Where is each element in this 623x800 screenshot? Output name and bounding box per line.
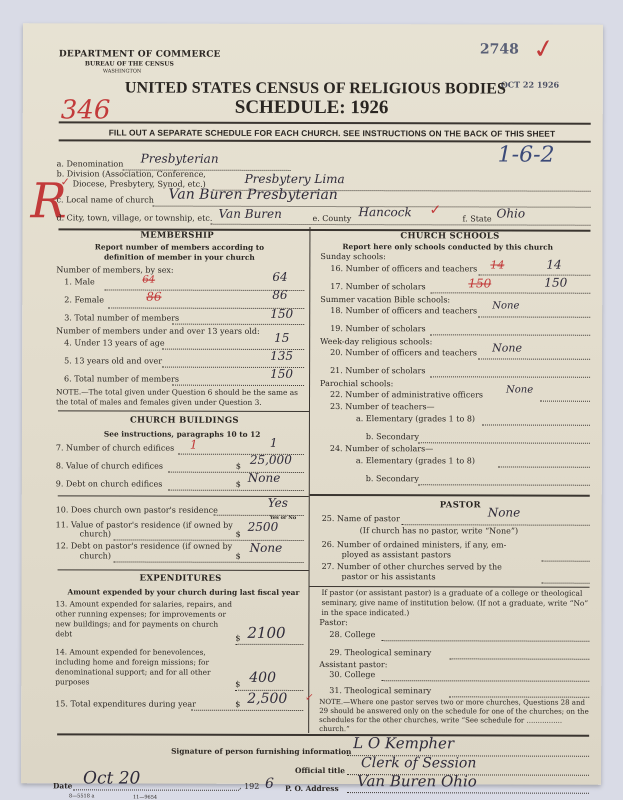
dotted-line bbox=[168, 472, 304, 473]
q26-value-line[interactable] bbox=[542, 561, 590, 562]
q26-label: 26. Number of ordained ministers, if any… bbox=[322, 540, 507, 549]
members-by-age-label: Number of members under and over 13 year… bbox=[56, 326, 260, 336]
q20-value[interactable]: None bbox=[492, 341, 522, 354]
divider bbox=[58, 569, 309, 571]
q30-value-line[interactable] bbox=[381, 680, 589, 682]
dollar-sign: $ bbox=[235, 634, 240, 643]
denomination-label: a. Denomination bbox=[57, 159, 124, 168]
membership-subtitle: Report number of members according to de… bbox=[74, 242, 284, 263]
official-title-label: Official title bbox=[295, 766, 345, 775]
po-address-value[interactable]: Van Buren Ohio bbox=[357, 772, 477, 790]
q16-label: 16. Number of officers and teachers bbox=[330, 264, 477, 273]
dotted-line bbox=[210, 224, 590, 226]
expenditures-subtitle: Amount expended by your church during la… bbox=[67, 587, 299, 597]
census-form-sheet: DEPARTMENT OF COMMERCE BUREAU OF THE CEN… bbox=[21, 23, 603, 785]
city-town-value[interactable]: Van Buren bbox=[218, 207, 281, 221]
q29-label: 29. Theological seminary bbox=[329, 648, 431, 657]
struck-female-value: 86 bbox=[146, 290, 161, 304]
q28-label: 28. College bbox=[329, 630, 375, 639]
q10-label: 10. Does church own pastor's residence bbox=[56, 505, 218, 514]
q27-value-line[interactable] bbox=[542, 583, 590, 584]
over-13-label: 5. 13 years old and over bbox=[64, 356, 162, 365]
divider bbox=[59, 121, 591, 124]
local-name-label: c. Local name of church bbox=[57, 195, 154, 204]
dollar-sign: $ bbox=[236, 480, 241, 489]
divider bbox=[57, 733, 589, 736]
over-13-value[interactable]: 135 bbox=[270, 349, 293, 363]
divider bbox=[58, 410, 309, 412]
q9-value[interactable]: None bbox=[248, 471, 281, 485]
official-title-value[interactable]: Clerk of Session bbox=[361, 755, 476, 771]
column-divider bbox=[308, 227, 310, 733]
dotted-line bbox=[478, 316, 590, 317]
total-members-value[interactable]: 150 bbox=[270, 307, 293, 321]
city-town-label: d. City, town, village, or township, etc… bbox=[56, 213, 212, 222]
year-digit[interactable]: 6 bbox=[265, 776, 274, 792]
local-name-value[interactable]: Van Buren Presbyterian bbox=[169, 187, 338, 203]
church-buildings-subtitle: See instructions, paragraphs 10 to 12 bbox=[104, 429, 261, 438]
date-value[interactable]: Oct 20 bbox=[83, 768, 140, 788]
male-value[interactable]: 64 bbox=[272, 270, 287, 284]
q17-value[interactable]: 150 bbox=[544, 276, 567, 290]
state-label: f. State bbox=[462, 214, 491, 223]
year-prefix: , 192 bbox=[239, 782, 259, 791]
q17-label: 17. Number of scholars bbox=[330, 282, 425, 291]
male-label: 1. Male bbox=[64, 277, 94, 286]
form-title: UNITED STATES CENSUS OF RELIGIOUS BODIES bbox=[125, 80, 506, 99]
q21-label: 21. Number of scholars bbox=[330, 366, 425, 375]
dollar-sign: $ bbox=[236, 462, 241, 471]
q31-label: 31. Theological seminary bbox=[329, 686, 431, 695]
q24b-label: b. Secondary bbox=[366, 474, 419, 483]
q22-value[interactable]: None bbox=[506, 385, 533, 396]
membership-note: NOTE.—The total given under Question 6 s… bbox=[56, 387, 306, 408]
handwritten-code: 1-6-2 bbox=[498, 142, 555, 167]
dotted-line bbox=[168, 490, 304, 491]
pastor-note: NOTE.—Where one pastor serves two or mor… bbox=[319, 698, 589, 735]
dotted-line bbox=[347, 792, 589, 794]
dotted-line bbox=[114, 561, 304, 562]
q23a-label: a. Elementary (grades 1 to 8) bbox=[356, 414, 475, 423]
signature-label: Signature of person furnishing informati… bbox=[171, 747, 351, 756]
denomination-value[interactable]: Presbyterian bbox=[141, 152, 219, 166]
q10-value[interactable]: Yes bbox=[268, 496, 288, 510]
po-address-label: P. O. Address bbox=[285, 784, 339, 793]
dotted-line bbox=[214, 515, 304, 516]
pastor-heading: PASTOR bbox=[440, 500, 481, 510]
dotted-line bbox=[73, 789, 239, 790]
q7-value[interactable]: 1 bbox=[270, 436, 278, 450]
received-date-stamp: OCT 22 1926 bbox=[501, 79, 559, 89]
female-value[interactable]: 86 bbox=[272, 288, 287, 302]
q26-label-2: ployed as assistant pastors bbox=[342, 550, 451, 559]
department-label: DEPARTMENT OF COMMERCE bbox=[59, 49, 221, 59]
q24a-value-line[interactable] bbox=[498, 466, 590, 467]
q30-label: 30. College bbox=[329, 670, 375, 679]
q18-value[interactable]: None bbox=[492, 300, 519, 311]
red-check-icon: ✓ bbox=[61, 175, 70, 188]
dotted-line bbox=[172, 324, 304, 325]
bureau-label: BUREAU OF THE CENSUS bbox=[85, 60, 174, 67]
date-label: Date bbox=[53, 781, 72, 790]
signature-value[interactable]: L O Kempher bbox=[353, 734, 454, 752]
county-label: e. County bbox=[312, 214, 351, 223]
q11-value[interactable]: 2500 bbox=[248, 520, 279, 534]
red-arrow-icon: ↙ bbox=[305, 692, 313, 703]
q13-label: 13. Amount expended for salaries, repair… bbox=[55, 599, 233, 639]
under-13-value[interactable]: 15 bbox=[274, 331, 289, 345]
q23b-label: b. Secondary bbox=[366, 432, 419, 441]
total-members-age-label: 6. Total number of members bbox=[64, 374, 179, 383]
q12-label: 12. Debt on pastor's residence (if owned… bbox=[56, 541, 233, 550]
summer-schools-label: Summer vacation Bible schools: bbox=[320, 295, 450, 304]
total-members-label: 3. Total number of members bbox=[64, 313, 179, 322]
city-label: WASHINGTON bbox=[103, 68, 141, 74]
dotted-line bbox=[478, 358, 590, 359]
q11-label: 11. Value of pastor's residence (if owne… bbox=[56, 520, 233, 529]
expenditures-heading: EXPENDITURES bbox=[140, 574, 222, 584]
q28-value-line[interactable] bbox=[381, 640, 589, 642]
membership-heading: MEMBERSHIP bbox=[140, 231, 214, 241]
dotted-line bbox=[191, 710, 303, 711]
assistant-pastor-label: Assistant pastor: bbox=[319, 660, 387, 669]
q25-label: 25. Name of pastor bbox=[322, 514, 400, 523]
q21-value-line[interactable] bbox=[430, 376, 590, 377]
dollar-sign: $ bbox=[235, 700, 240, 709]
q13-value[interactable]: 2100 bbox=[247, 624, 285, 642]
q12-label-2: church) bbox=[80, 551, 111, 560]
red-checkmark-icon: ✓ bbox=[531, 33, 558, 66]
q7-label: 7. Number of church edifices bbox=[56, 443, 174, 452]
dollar-sign: $ bbox=[236, 552, 241, 561]
division-label: b. Division (Association, Conference, bbox=[57, 169, 206, 178]
q14-value[interactable]: 400 bbox=[249, 670, 276, 686]
dotted-line bbox=[478, 274, 590, 275]
q19-label: 19. Number of scholars bbox=[330, 324, 425, 333]
weekday-schools-label: Week-day religious schools: bbox=[320, 337, 432, 346]
county-value[interactable]: Hancock bbox=[358, 205, 411, 219]
q22-label: 22. Number of administrative officers bbox=[330, 390, 483, 399]
q8-value[interactable]: 25,000 bbox=[250, 453, 292, 467]
dollar-sign: $ bbox=[235, 680, 240, 689]
q16-value[interactable]: 14 bbox=[546, 258, 561, 272]
sunday-schools-label: Sunday schools: bbox=[320, 252, 385, 261]
female-label: 2. Female bbox=[64, 295, 104, 304]
church-schools-heading: CHURCH SCHOOLS bbox=[400, 231, 499, 241]
struck-male-value: 64 bbox=[142, 275, 155, 286]
struck-q17-value: 150 bbox=[468, 276, 491, 290]
print-code: 11—9654 bbox=[133, 795, 157, 800]
dollar-sign: $ bbox=[236, 530, 241, 539]
instruction-banner: FILL OUT A SEPARATE SCHEDULE FOR EACH CH… bbox=[109, 127, 556, 138]
graduate-note: If pastor (or assistant pastor) is a gra… bbox=[321, 588, 589, 619]
q20-label: 20. Number of officers and teachers bbox=[330, 348, 477, 357]
pastor-label: Pastor: bbox=[319, 618, 347, 627]
parochial-schools-label: Parochial schools: bbox=[320, 379, 393, 388]
dotted-line bbox=[172, 385, 304, 386]
q24b-value-line[interactable] bbox=[418, 484, 590, 485]
schedule-title: SCHEDULE: 1926 bbox=[235, 97, 389, 119]
total-members-age-value[interactable]: 150 bbox=[270, 367, 293, 381]
church-schools-subtitle: Report here only schools conducted by th… bbox=[342, 242, 553, 252]
struck-q16-value: 14 bbox=[490, 258, 504, 271]
dotted-line bbox=[540, 401, 590, 402]
q27-label: 27. Number of other churches served by t… bbox=[322, 562, 502, 571]
q19-value-line[interactable] bbox=[430, 334, 590, 335]
divider bbox=[58, 228, 590, 231]
q18-label: 18. Number of officers and teachers bbox=[330, 306, 477, 315]
q23a-value-line[interactable] bbox=[482, 424, 590, 425]
q14-label: 14. Amount expended for benevolences, in… bbox=[55, 647, 233, 687]
struck-q7-value: 1 bbox=[190, 438, 198, 452]
q8-label: 8. Value of church edifices bbox=[56, 461, 163, 470]
q23-label: 23. Number of teachers— bbox=[330, 402, 435, 411]
q15-label: 15. Total expenditures during year bbox=[55, 699, 196, 708]
q25-hint: (If church has no pastor, write “None”) bbox=[360, 526, 518, 535]
division-value[interactable]: Presbytery Lima bbox=[245, 172, 345, 186]
state-value[interactable]: Ohio bbox=[496, 206, 525, 220]
q11-label-2: church) bbox=[80, 529, 111, 538]
form-code: 8—5518 a bbox=[69, 793, 95, 799]
dotted-line bbox=[430, 292, 590, 293]
q24a-label: a. Elementary (grades 1 to 8) bbox=[356, 456, 475, 465]
q27-label-2: pastor or his assistants bbox=[342, 572, 436, 581]
q29-value-line[interactable] bbox=[449, 658, 589, 659]
stamp-number: 2748 bbox=[480, 41, 519, 57]
church-buildings-heading: CHURCH BUILDINGS bbox=[130, 416, 239, 426]
red-check-icon: ✓ bbox=[429, 202, 441, 218]
divider bbox=[310, 494, 590, 497]
q9-label: 9. Debt on church edifices bbox=[56, 479, 163, 488]
q23b-value-line[interactable] bbox=[418, 442, 590, 443]
q12-value[interactable]: None bbox=[250, 541, 283, 555]
q25-value[interactable]: None bbox=[488, 505, 521, 519]
dotted-line bbox=[235, 644, 303, 645]
q24-label: 24. Number of scholars— bbox=[330, 444, 433, 453]
q15-value[interactable]: 2,500 bbox=[247, 691, 287, 707]
under-13-label: 4. Under 13 years of age bbox=[64, 338, 164, 347]
members-by-sex-label: Number of members, by sex: bbox=[56, 265, 173, 274]
